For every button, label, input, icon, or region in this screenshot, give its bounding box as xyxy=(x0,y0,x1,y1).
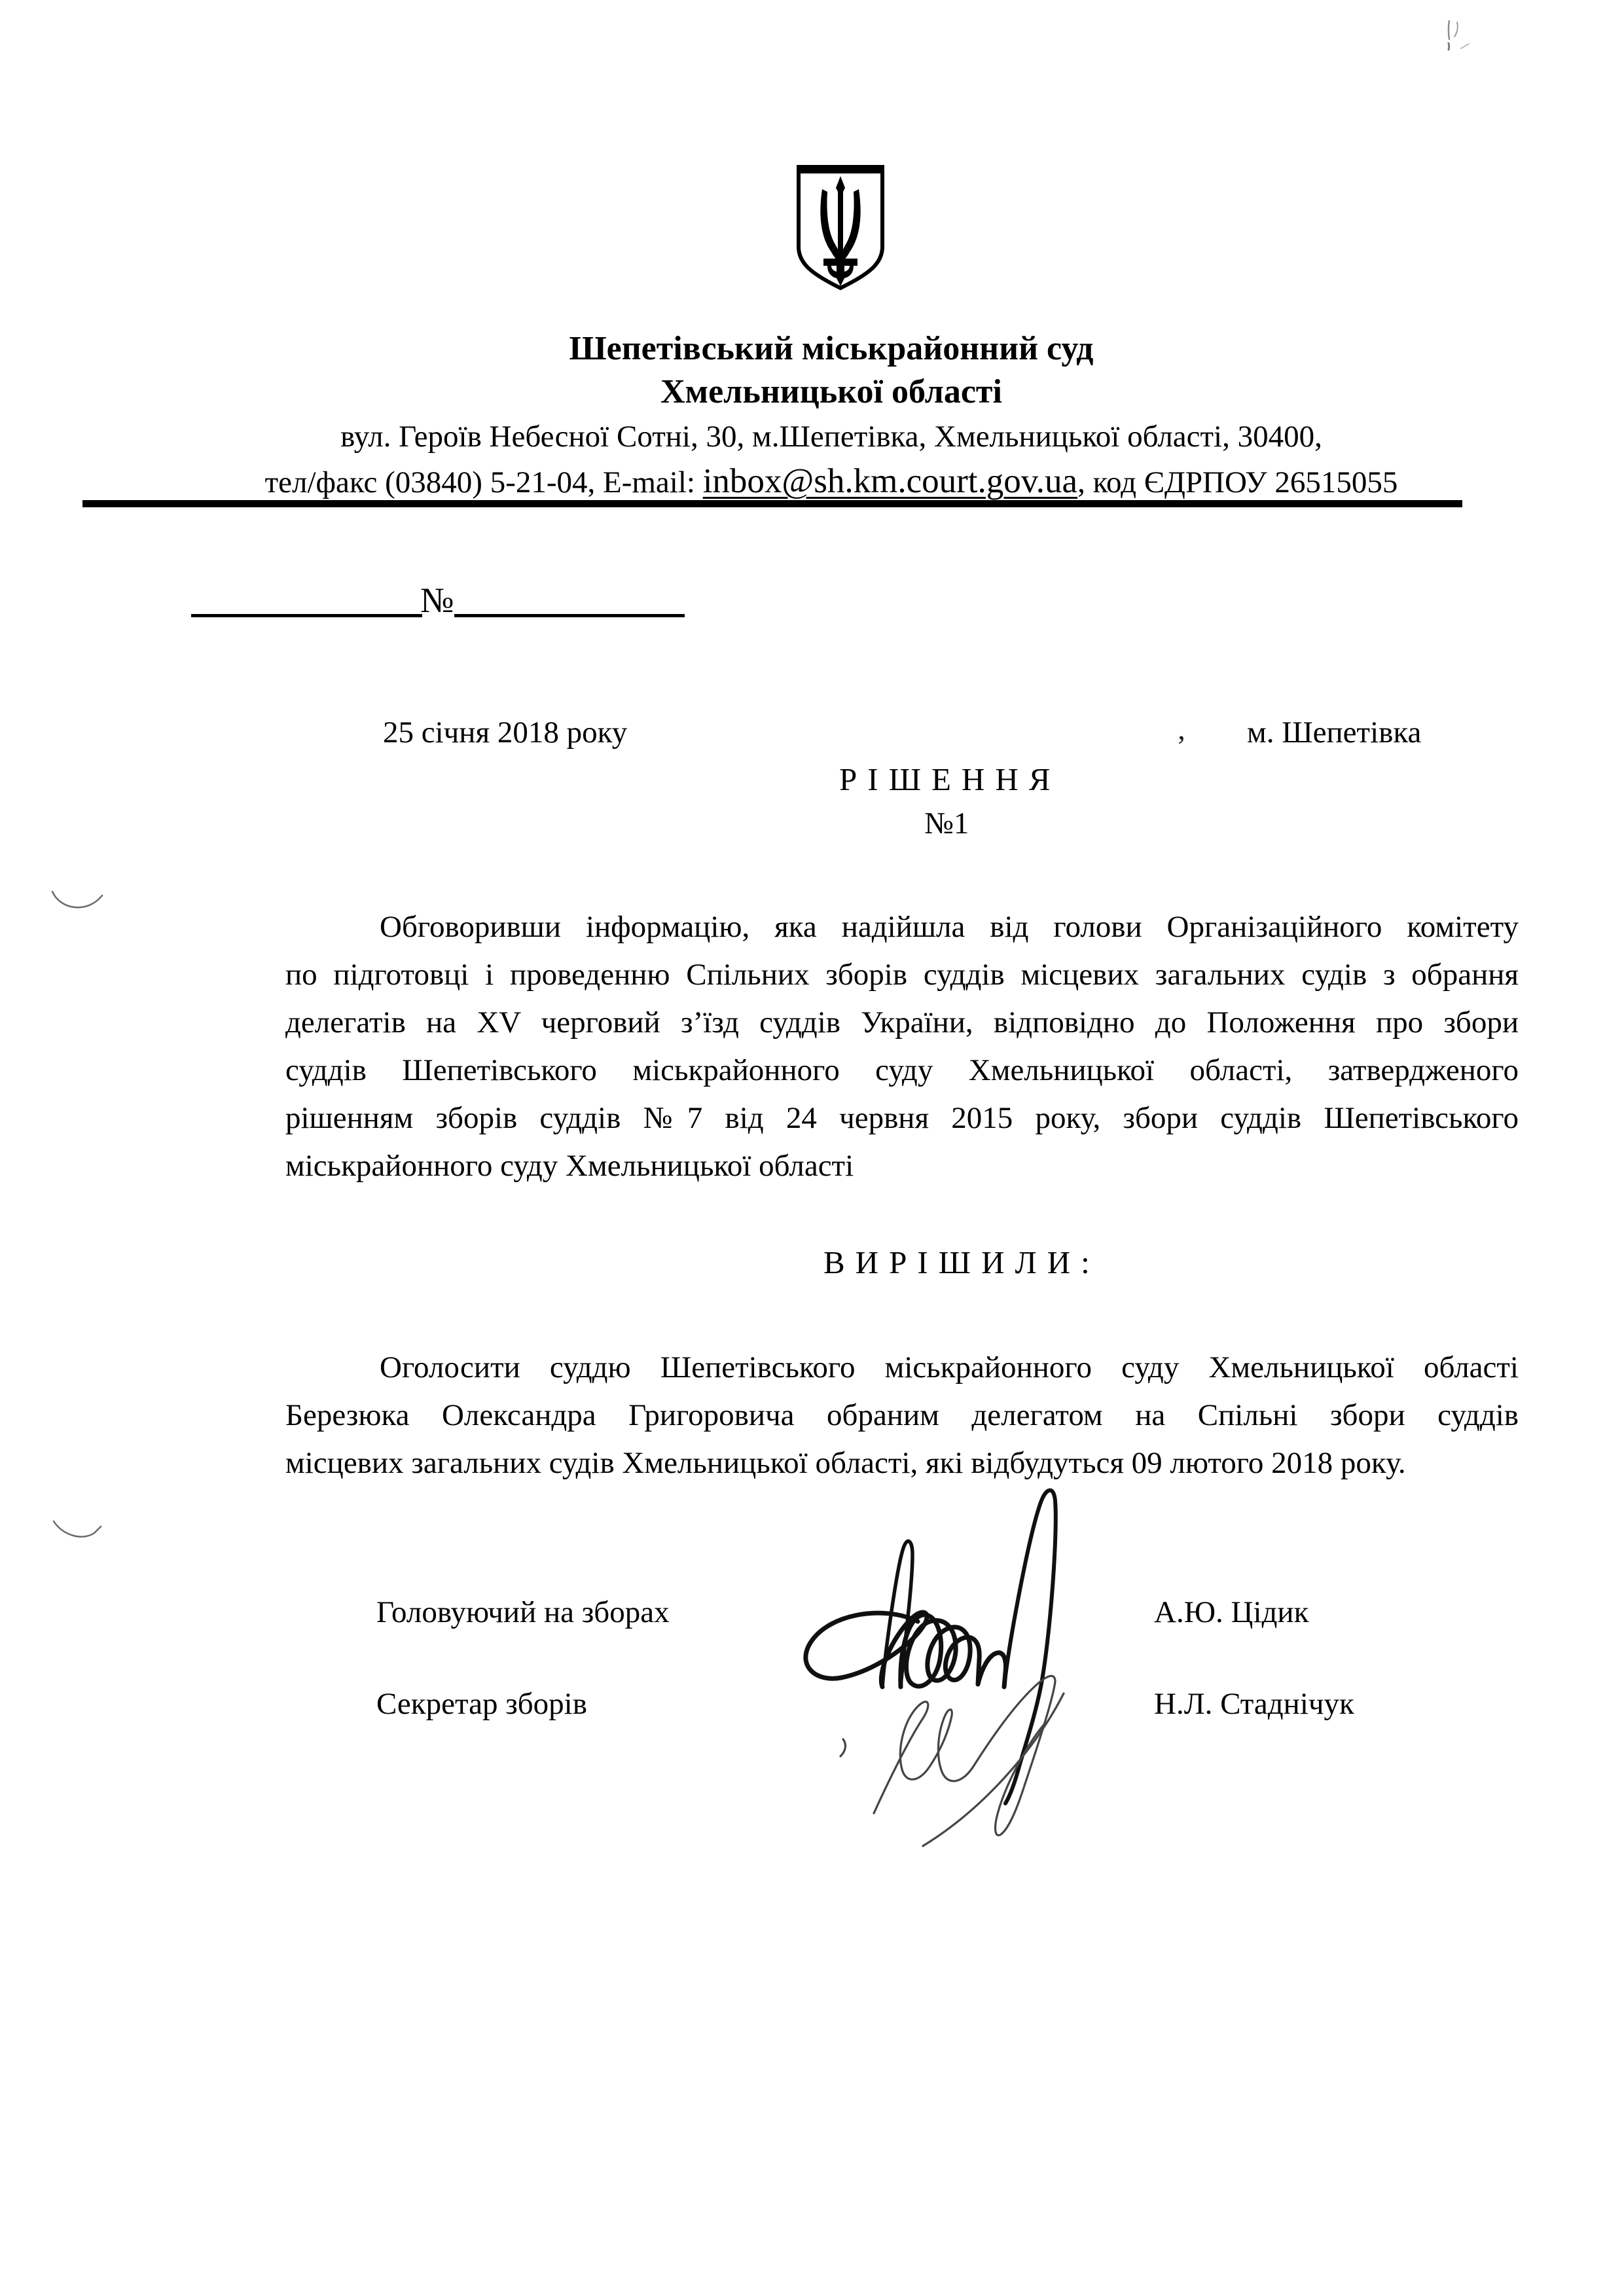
scan-artifact-arc-lower xyxy=(51,1516,103,1542)
preamble-line: суддів Шепетівського міськрайонного суду… xyxy=(285,1047,1519,1094)
ukraine-coat-of-arms-emblem xyxy=(793,163,888,293)
court-address-line: вул. Героїв Небесної Сотні, 30, м.Шепеті… xyxy=(105,415,1558,458)
blank-date-line xyxy=(191,614,422,617)
chairman-name: А.Ю. Цідик xyxy=(1154,1593,1308,1632)
preamble-paragraph: Обговоривши інформацію, яка надійшла від… xyxy=(285,903,1519,1190)
contact-suffix: , код ЄДРПОУ 26515055 xyxy=(1077,465,1398,499)
resolution-line: Березюка Олександра Григоровича обраним … xyxy=(285,1392,1519,1439)
secretary-signature xyxy=(840,1676,1064,1846)
resolution-line: Оголосити суддю Шепетівського міськрайон… xyxy=(285,1344,1519,1392)
scanned-court-decision-page: Шепетівський міськрайонний суд Хмельниць… xyxy=(0,0,1624,2295)
chairman-role-label: Головуючий на зборах xyxy=(376,1593,670,1632)
document-place: м. Шепетівка xyxy=(1247,709,1421,757)
blank-number-line xyxy=(454,614,685,617)
court-name-line1: Шепетівський міськрайонний суд xyxy=(105,327,1558,370)
scan-artifact-tick: ʼ xyxy=(1176,729,1186,763)
preamble-line: міськрайонного суду Хмельницької області xyxy=(285,1142,1519,1190)
preamble-line: рішенням зборів суддів №7 від 24 червня … xyxy=(285,1094,1519,1142)
handwritten-signatures xyxy=(707,1456,1139,1849)
resolved-heading: ВИРІШИЛИ: xyxy=(823,1244,1100,1281)
contact-prefix: тел/факс (03840) 5-21-04, E-mail: xyxy=(265,465,703,499)
secretary-role-label: Секретар зборів xyxy=(376,1684,587,1724)
scan-artifact-arc-upper xyxy=(50,885,105,916)
letterhead: Шепетівський міськрайонний суд Хмельниць… xyxy=(105,327,1558,505)
preamble-line: делегатів на XV черговий з’їзд суддів Ук… xyxy=(285,999,1519,1047)
chairman-signature xyxy=(806,1491,1056,1803)
numero-sign: № xyxy=(420,583,454,618)
decision-number: №1 xyxy=(924,800,969,848)
document-date: 25 січня 2018 року xyxy=(383,709,627,757)
scan-artifact-corner-mark xyxy=(1437,17,1477,54)
court-email: inbox@sh.km.court.gov.ua xyxy=(703,462,1077,500)
court-name-line2: Хмельницької області xyxy=(105,370,1558,414)
decision-heading: РІШЕННЯ xyxy=(839,761,1060,798)
letterhead-divider-rule xyxy=(82,500,1462,507)
court-contact-line: тел/факс (03840) 5-21-04, E-mail: inbox@… xyxy=(105,458,1558,505)
preamble-line: Обговоривши інформацію, яка надійшла від… xyxy=(285,903,1519,951)
secretary-name: Н.Л. Стаднічук xyxy=(1154,1684,1354,1724)
preamble-line: по підготовці і проведенню Спільних збор… xyxy=(285,951,1519,999)
